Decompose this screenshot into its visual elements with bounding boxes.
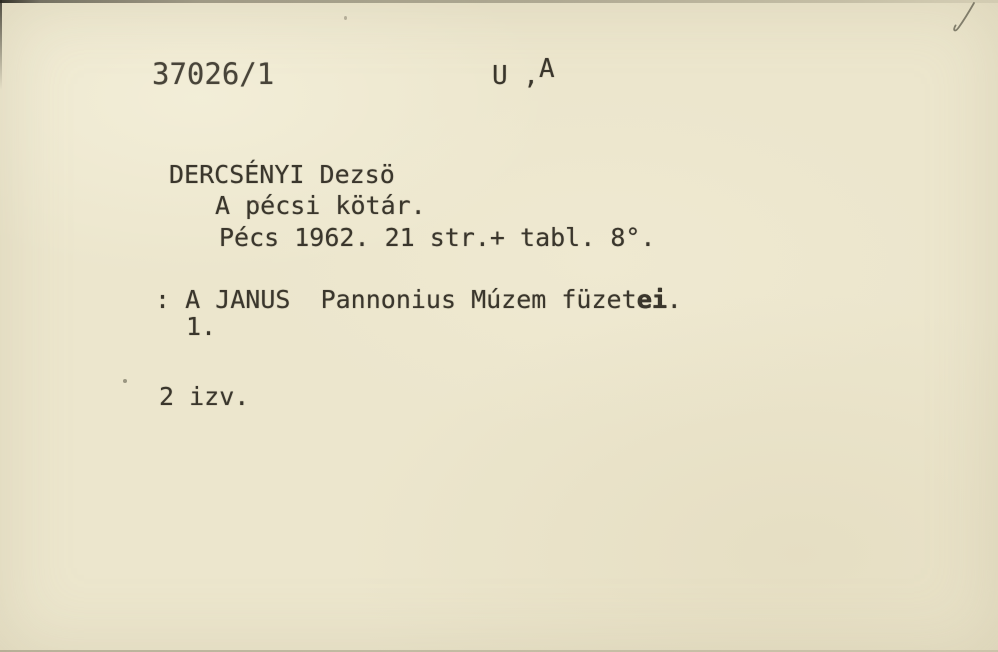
- paper-speck: [344, 16, 347, 20]
- call-number: 37026/1: [152, 60, 274, 89]
- classification-code: U ,A: [492, 63, 555, 89]
- series-line: : A JANUS Pannonius Múzem füzetei.: [155, 287, 682, 312]
- series-text: : A JANUS Pannonius Múzem füzet: [155, 285, 637, 314]
- paper-speck: [123, 379, 127, 383]
- series-text-end: .: [667, 285, 682, 314]
- classification-superscript: A: [539, 56, 555, 82]
- series-text-overstruck: ei: [637, 285, 667, 314]
- author-heading: DERCSÉNYI Dezsö: [169, 162, 395, 187]
- imprint-line: Pécs 1962. 21 str.+ tabl. 8°.: [219, 225, 656, 250]
- series-number: 1.: [186, 314, 216, 339]
- scan-edge-left: [0, 0, 2, 90]
- copies-note: 2 izv.: [159, 384, 249, 409]
- scan-edge-top: [0, 0, 998, 3]
- pencil-checkmark-icon: [946, 0, 980, 38]
- title-line: A pécsi kötár.: [215, 193, 426, 218]
- catalog-card: 37026/1 U ,A DERCSÉNYI Dezsö A pécsi köt…: [0, 0, 998, 652]
- classification-base: U ,: [492, 61, 539, 91]
- paper-speck: [255, 201, 260, 204]
